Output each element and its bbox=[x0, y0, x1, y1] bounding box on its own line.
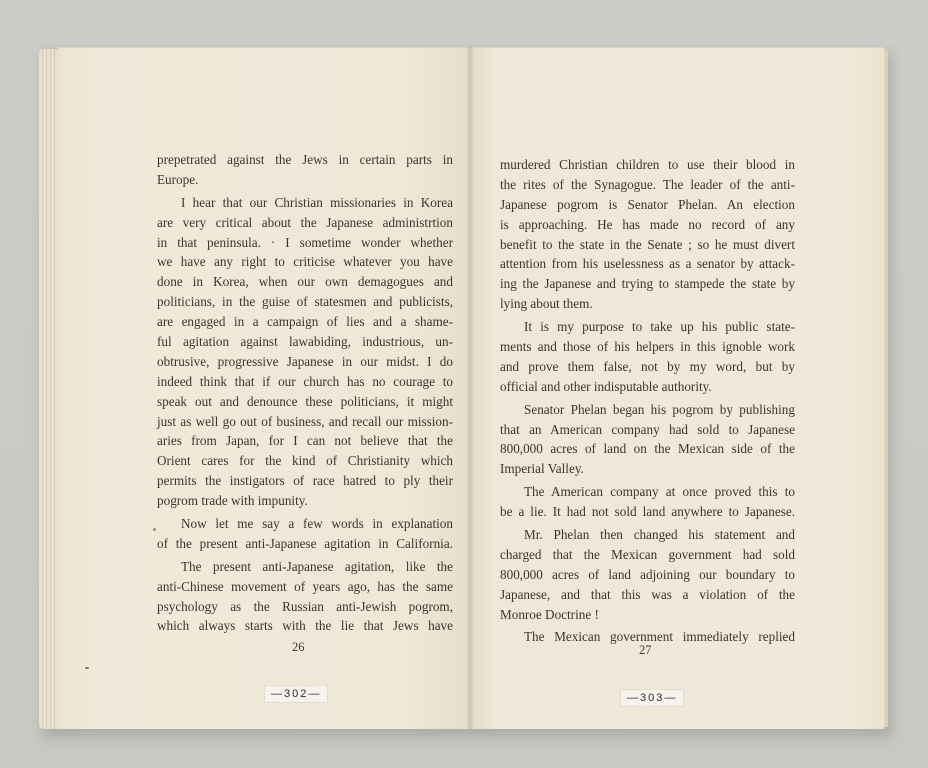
text-line: psychology as the Russian anti-Jewish po… bbox=[157, 597, 453, 617]
text-line: of the present anti-Japanese agitation i… bbox=[157, 534, 453, 554]
text-line: pogrom trade with impunity. bbox=[157, 491, 453, 511]
text-line: 800,000 acres of land adjoining our boun… bbox=[500, 565, 795, 585]
book-gutter bbox=[466, 47, 474, 729]
paper-speck bbox=[85, 667, 89, 669]
text-line: charged that the Mexican government had … bbox=[500, 545, 795, 565]
left-page-text: prepetrated against the Jews in certain … bbox=[157, 150, 453, 636]
text-line: politicians, in the guise of statesmen a… bbox=[157, 292, 453, 312]
text-line: benefit to the state in the Senate ; so … bbox=[500, 235, 795, 255]
right-page-edge bbox=[884, 49, 888, 727]
text-line: and prove them false, not by my word, bu… bbox=[500, 357, 795, 377]
text-line: The American company at once proved this… bbox=[500, 482, 795, 502]
text-line: done in Korea, when our own demagogues a… bbox=[157, 272, 453, 292]
text-line: ing the Japanese and trying to stampede … bbox=[500, 274, 795, 294]
text-line: is approaching. He has made no record of… bbox=[500, 215, 795, 235]
text-line: Japanese pogrom is Senator Phelan. An el… bbox=[500, 195, 795, 215]
text-line: Imperial Valley. bbox=[500, 459, 795, 479]
paper-speck bbox=[153, 528, 156, 531]
text-line: that an American company had sold to Jap… bbox=[500, 420, 795, 440]
text-line: Senator Phelan began his pogrom by publi… bbox=[500, 400, 795, 420]
text-line: It is my purpose to take up his public s… bbox=[500, 317, 795, 337]
text-line: speak out and denounce these politicians… bbox=[157, 392, 453, 412]
archive-number-label-right: —303— bbox=[620, 689, 684, 707]
text-line: are very critical about the Japanese adm… bbox=[157, 213, 453, 233]
text-line: which always starts with the lie that Je… bbox=[157, 616, 453, 636]
text-line: obtrusive, progressive Japanese in our m… bbox=[157, 352, 453, 372]
text-line: Japanese, and that this was a violation … bbox=[500, 585, 795, 605]
text-line: Europe. bbox=[157, 170, 453, 190]
text-line: lying about them. bbox=[500, 294, 795, 314]
text-line: attention from his uselessness as a sena… bbox=[500, 254, 795, 274]
archive-number-label-left: —302— bbox=[264, 685, 328, 703]
scan-background: prepetrated against the Jews in certain … bbox=[0, 0, 928, 768]
text-line: The present anti-Japanese agitation, lik… bbox=[157, 557, 453, 577]
text-line: anti-Chinese movement of years ago, has … bbox=[157, 577, 453, 597]
page-number-right: 27 bbox=[639, 643, 652, 658]
text-line: ful agitation against lawabiding, indust… bbox=[157, 332, 453, 352]
text-line: official and other indisputable authorit… bbox=[500, 377, 795, 397]
page-number-left: 26 bbox=[292, 640, 305, 655]
text-line: Mr. Phelan then changed his statement an… bbox=[500, 525, 795, 545]
text-line: Now let me say a few words in explanatio… bbox=[157, 514, 453, 534]
text-line: aries from Japan, for I can not believe … bbox=[157, 431, 453, 451]
text-line: prepetrated against the Jews in certain … bbox=[157, 150, 453, 170]
text-line: be a lie. It had not sold land anywhere … bbox=[500, 502, 795, 522]
text-line: in that peninsula. · I sometime wonder w… bbox=[157, 233, 453, 253]
text-line: Orient cares for the kind of Christianit… bbox=[157, 451, 453, 471]
text-line: Monroe Doctrine ! bbox=[500, 605, 795, 625]
text-line: I hear that our Christian missionaries i… bbox=[157, 193, 453, 213]
text-line: indeed think that if our church has no c… bbox=[157, 372, 453, 392]
text-line: are engaged in a campaign of lies and a … bbox=[157, 312, 453, 332]
text-line: murdered Christian children to use their… bbox=[500, 155, 795, 175]
text-line: ments and those of his helpers in this i… bbox=[500, 337, 795, 357]
text-line: we have any right to criticise whatever … bbox=[157, 252, 453, 272]
text-line: just as well go out of business, and rec… bbox=[157, 412, 453, 432]
text-line: 800,000 acres of land on the Mexican sid… bbox=[500, 439, 795, 459]
right-page-text: murdered Christian children to use their… bbox=[500, 155, 795, 647]
text-line: permits the instigators of race hatred t… bbox=[157, 471, 453, 491]
text-line: the rites of the Synagogue. The leader o… bbox=[500, 175, 795, 195]
